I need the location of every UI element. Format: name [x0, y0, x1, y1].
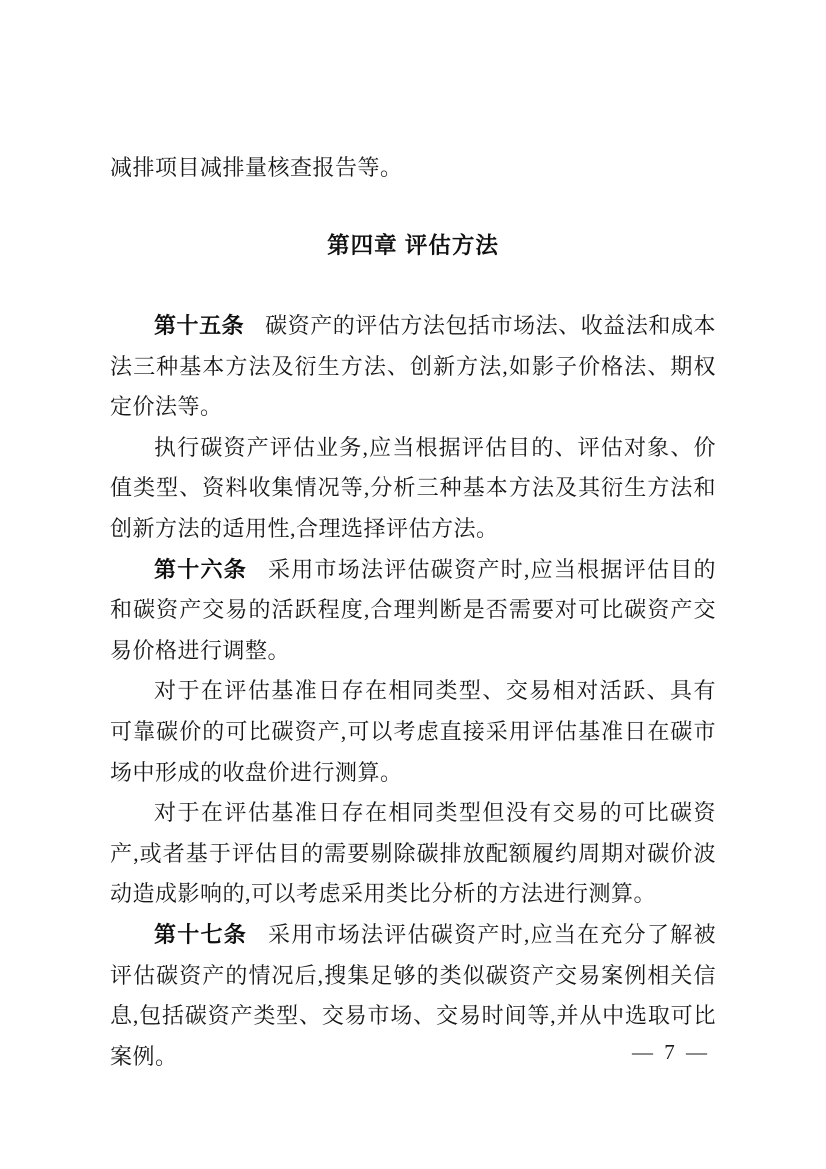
paragraph-article-15: 第十五条碳资产的评估方法包括市场法、收益法和成本法三种基本方法及衍生方法、创新方… — [110, 306, 716, 428]
paragraph-text: 对于在评估基准日存在相同类型但没有交易的可比碳资产,或者基于评估目的需要剔除碳排… — [110, 800, 716, 906]
paragraph-article-16: 第十六条采用市场法评估碳资产时,应当根据评估目的和碳资产交易的活跃程度,合理判断… — [110, 550, 716, 672]
paragraph-article-15-cont: 执行碳资产评估业务,应当根据评估目的、评估对象、价值类型、资料收集情况等,分析三… — [110, 428, 716, 550]
chapter-heading: 第四章 评估方法 — [110, 225, 716, 266]
paragraph-text: 对于在评估基准日存在相同类型、交易相对活跃、具有可靠碳价的可比碳资产,可以考虑直… — [110, 678, 716, 784]
document-page: 减排项目减排量核查报告等。 第四章 评估方法 第十五条碳资产的评估方法包括市场法… — [0, 0, 826, 1169]
paragraph-text: 执行碳资产评估业务,应当根据评估目的、评估对象、价值类型、资料收集情况等,分析三… — [110, 435, 716, 541]
paragraph-continuation: 减排项目减排量核查报告等。 — [110, 147, 716, 188]
article-15-label: 第十五条 — [154, 313, 244, 338]
paragraph-article-17: 第十七条采用市场法评估碳资产时,应当在充分了解被评估碳资产的情况后,搜集足够的类… — [110, 915, 716, 1077]
document-content: 减排项目减排量核查报告等。 第四章 评估方法 第十五条碳资产的评估方法包括市场法… — [110, 147, 716, 1077]
article-16-label: 第十六条 — [154, 557, 247, 582]
article-17-label: 第十七条 — [154, 922, 247, 947]
paragraph-article-16-cont-2: 对于在评估基准日存在相同类型但没有交易的可比碳资产,或者基于评估目的需要剔除碳排… — [110, 793, 716, 915]
page-number: — 7 — — [632, 1040, 710, 1065]
paragraph-article-16-cont-1: 对于在评估基准日存在相同类型、交易相对活跃、具有可靠碳价的可比碳资产,可以考虑直… — [110, 671, 716, 793]
